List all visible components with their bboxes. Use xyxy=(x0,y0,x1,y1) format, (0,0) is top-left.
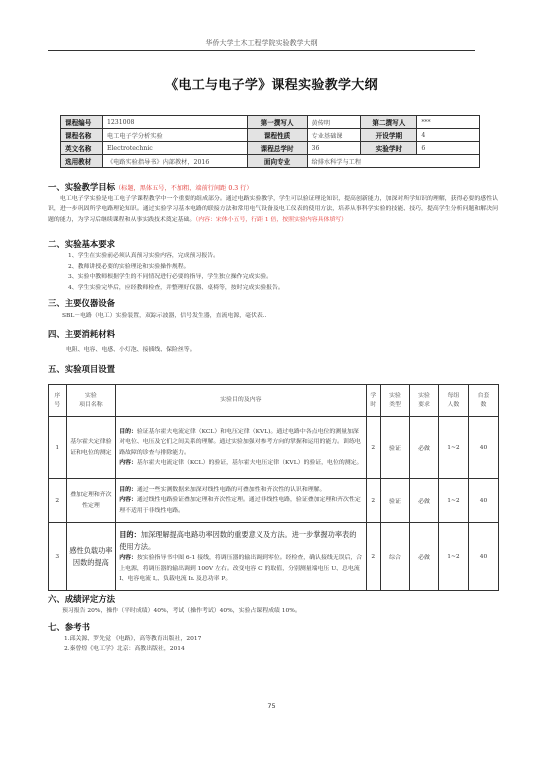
info-label: 课程性质 xyxy=(247,129,307,142)
reference-item: 1.邱关源、罗先觉 《电路》，高等教育出版社，2017 xyxy=(48,634,498,644)
experiment-type: 验证 xyxy=(381,479,410,523)
requirement: 必做 xyxy=(409,523,438,591)
project-table: 序号 实验项目名称 实验目的及内容 学时 实验类型 实验要求 每组人数 台套数 … xyxy=(48,384,499,591)
running-header: 华侨大学土木工程学院实验教学大纲 xyxy=(48,38,475,48)
content-label: 内容： xyxy=(119,555,137,561)
format-note: （内容：宋体小五号，行距 1 倍，按照实验内容具体填写） xyxy=(195,217,347,223)
list-item: 2、教师讲授必要的实验理论和实验操作规程。 xyxy=(48,262,498,273)
purpose-label: 目的： xyxy=(119,429,137,435)
course-type-value: 专业基础课 xyxy=(307,129,361,142)
info-row: 课程名称 电工电子学分析实验 课程性质 专业基础课 开设学期 4 xyxy=(61,129,480,142)
header-rule xyxy=(48,50,475,51)
project-name: 叠加定理和齐次性定理 xyxy=(66,479,116,523)
content-text: 基尔霍夫电流定律（KCL）的验证，基尔霍夫电压定律（KVL）的验证，电位的测定。 xyxy=(137,460,363,466)
content-label: 内容： xyxy=(119,460,137,466)
info-label: 课程总学时 xyxy=(247,142,307,155)
section-objectives: 一、实验教学目标（标题，黑体五号，不加粗，端前行间距 0.3 行） 电工电子学实… xyxy=(48,181,498,225)
section-body: SBL－电路（电工）实验装置，双踪示波器，信号发生器，直流电源，毫伏表.. xyxy=(48,311,498,321)
info-label: 英文名称 xyxy=(61,142,103,155)
page-number: 75 xyxy=(0,702,543,710)
info-label: 第一撰写人 xyxy=(247,116,307,129)
first-author-value: 黄传明 xyxy=(307,116,361,129)
requirement: 必做 xyxy=(409,417,438,479)
info-row: 选用教材 《电路实验指导书》内部教材，2016 面向专业 给排水科学与工程 xyxy=(61,155,480,168)
info-label: 面向专业 xyxy=(247,155,307,168)
hours: 2 xyxy=(366,479,380,523)
english-name-value: Electrotechnic xyxy=(102,142,247,155)
section-title: 四、主要消耗材料 xyxy=(48,328,498,340)
equipment-sets: 40 xyxy=(468,479,498,523)
info-label: 实验学时 xyxy=(361,142,417,155)
section-title: 六、成绩评定方法 xyxy=(48,593,498,605)
content-label: 内容： xyxy=(119,497,137,503)
project-content: 目的：验证基尔霍夫电流定律（KCL）和电压定律（KVL)。通过电路中各点电位的测… xyxy=(116,417,366,479)
reference-item: 2.秦曾煌《电工学》北京：高教出版社，2014 xyxy=(48,644,498,654)
col-header-hours: 学时 xyxy=(366,385,380,417)
row-number: 2 xyxy=(49,479,67,523)
col-header-requirement: 实验要求 xyxy=(409,385,438,417)
semester-value: 4 xyxy=(417,129,480,142)
content-text: 按实验指导书中图 6-1 接线，将调压器的输出调到零位。经检查，确认接线无误后，… xyxy=(119,555,362,581)
table-row: 1 基尔霍夫定律验证和电位的测定 目的：验证基尔霍夫电流定律（KCL）和电压定律… xyxy=(49,417,499,479)
experiment-type: 综合 xyxy=(381,523,410,591)
col-header-content: 实验目的及内容 xyxy=(116,385,366,417)
section-body: 电阻、电容、电感、小灯泡、接插线、保险丝等。 xyxy=(48,345,498,355)
lab-hours-value: 6 xyxy=(417,142,480,155)
experiment-type: 验证 xyxy=(381,417,410,479)
info-row: 课程编号 1231008 第一撰写人 黄传明 第二撰写人 *** xyxy=(61,116,480,129)
section-projects: 五、实验项目设置 xyxy=(48,363,498,375)
project-content: 目的：通过一些实测数据来加深对线性电路的可叠加性和齐次性的认识和理解。 内容：通… xyxy=(116,479,366,523)
section-title: 一、实验教学目标 xyxy=(48,182,115,192)
group-size: 1~2 xyxy=(438,417,468,479)
info-label: 选用教材 xyxy=(61,155,103,168)
equipment-sets: 40 xyxy=(468,417,498,479)
hours: 2 xyxy=(366,417,380,479)
second-author-value: *** xyxy=(417,116,480,129)
course-code-value: 1231008 xyxy=(102,116,247,129)
info-label: 课程名称 xyxy=(61,129,103,142)
project-name: 感性负载功率因数的提高 xyxy=(66,523,116,591)
section-title: 二、实验基本要求 xyxy=(48,238,498,250)
hours: 2 xyxy=(366,523,380,591)
col-header-type: 实验类型 xyxy=(381,385,410,417)
total-hours-value: 36 xyxy=(307,142,361,155)
row-number: 1 xyxy=(49,417,67,479)
section-requirements: 二、实验基本要求 1、学生在实验前必须认真预习实验内容，完成预习报告。 2、教师… xyxy=(48,238,498,293)
section-materials: 四、主要消耗材料 电阻、电容、电感、小灯泡、接插线、保险丝等。 xyxy=(48,328,498,355)
purpose-text: 加深理解提高电路功率因数的重要意义及方法。进一步掌握功率表的使用方法。 xyxy=(119,530,356,551)
table-header-row: 序号 实验项目名称 实验目的及内容 学时 实验类型 实验要求 每组人数 台套数 xyxy=(49,385,499,417)
purpose-label: 目的： xyxy=(119,530,141,539)
course-info-table: 课程编号 1231008 第一撰写人 黄传明 第二撰写人 *** 课程名称 电工… xyxy=(60,115,480,168)
list-item: 1、学生在实验前必须认真预习实验内容，完成预习报告。 xyxy=(48,251,498,262)
purpose-text: 通过一些实测数据来加深对线性电路的可叠加性和齐次性的认识和理解。 xyxy=(137,487,326,493)
row-number: 3 xyxy=(49,523,67,591)
info-label: 开设学期 xyxy=(361,129,417,142)
section-grading: 六、成绩评定方法 预习报告 20%，操作（平时成绩）40%，考试（操作考试）40… xyxy=(48,593,498,616)
info-label: 第二撰写人 xyxy=(361,116,417,129)
document-title: 《电工与电子学》课程实验教学大纲 xyxy=(0,74,543,93)
list-item: 4、学生实验完毕后，应经教师检查，并整理好仪器、桌椅等，按时完成实验报告。 xyxy=(48,283,498,294)
group-size: 1~2 xyxy=(438,479,468,523)
project-content: 目的：加深理解提高电路功率因数的重要意义及方法。进一步掌握功率表的使用方法。 内… xyxy=(116,523,366,591)
textbook-value: 《电路实验指导书》内部教材，2016 xyxy=(102,155,247,168)
purpose-text: 验证基尔霍夫电流定律（KCL）和电压定律（KVL)。通过电路中各点电位的测量加深… xyxy=(119,429,361,455)
col-header-group-size: 每组人数 xyxy=(438,385,468,417)
section-body: 预习报告 20%，操作（平时成绩）40%，考试（操作考试）40%，实验占课程成绩… xyxy=(48,606,498,616)
target-major-value: 给排水科学与工程 xyxy=(307,155,479,168)
equipment-sets: 40 xyxy=(468,523,498,591)
course-name-value: 电工电子学分析实验 xyxy=(102,129,247,142)
project-name: 基尔霍夫定律验证和电位的测定 xyxy=(66,417,116,479)
section-title: 七、参考书 xyxy=(48,621,498,633)
col-header-no: 序号 xyxy=(49,385,67,417)
content-text: 通过线性电路验证叠加定理和齐次性定理。通过非线性电路，验证叠加定理和齐次性定理不… xyxy=(119,497,361,513)
requirement: 必做 xyxy=(409,479,438,523)
table-row: 2 叠加定理和齐次性定理 目的：通过一些实测数据来加深对线性电路的可叠加性和齐次… xyxy=(49,479,499,523)
purpose-label: 目的： xyxy=(119,487,137,493)
section-equipment: 三、主要仪器设备 SBL－电路（电工）实验装置，双踪示波器，信号发生器，直流电源… xyxy=(48,297,498,321)
section-title: 五、实验项目设置 xyxy=(48,363,498,375)
col-header-name: 实验项目名称 xyxy=(66,385,116,417)
info-row: 英文名称 Electrotechnic 课程总学时 36 实验学时 6 xyxy=(61,142,480,155)
format-note: （标题，黑体五号，不加粗，端前行间距 0.3 行） xyxy=(115,185,253,192)
group-size: 1~2 xyxy=(438,523,468,591)
col-header-sets: 台套数 xyxy=(468,385,498,417)
list-item: 3、实验中教师根据学生的不同情况进行必要的指导，学生独立操作完成实验。 xyxy=(48,272,498,283)
section-title: 三、主要仪器设备 xyxy=(48,297,498,309)
info-label: 课程编号 xyxy=(61,116,103,129)
table-row: 3 感性负载功率因数的提高 目的：加深理解提高电路功率因数的重要意义及方法。进一… xyxy=(49,523,499,591)
section-references: 七、参考书 1.邱关源、罗先觉 《电路》，高等教育出版社，2017 2.秦曾煌《… xyxy=(48,621,498,654)
